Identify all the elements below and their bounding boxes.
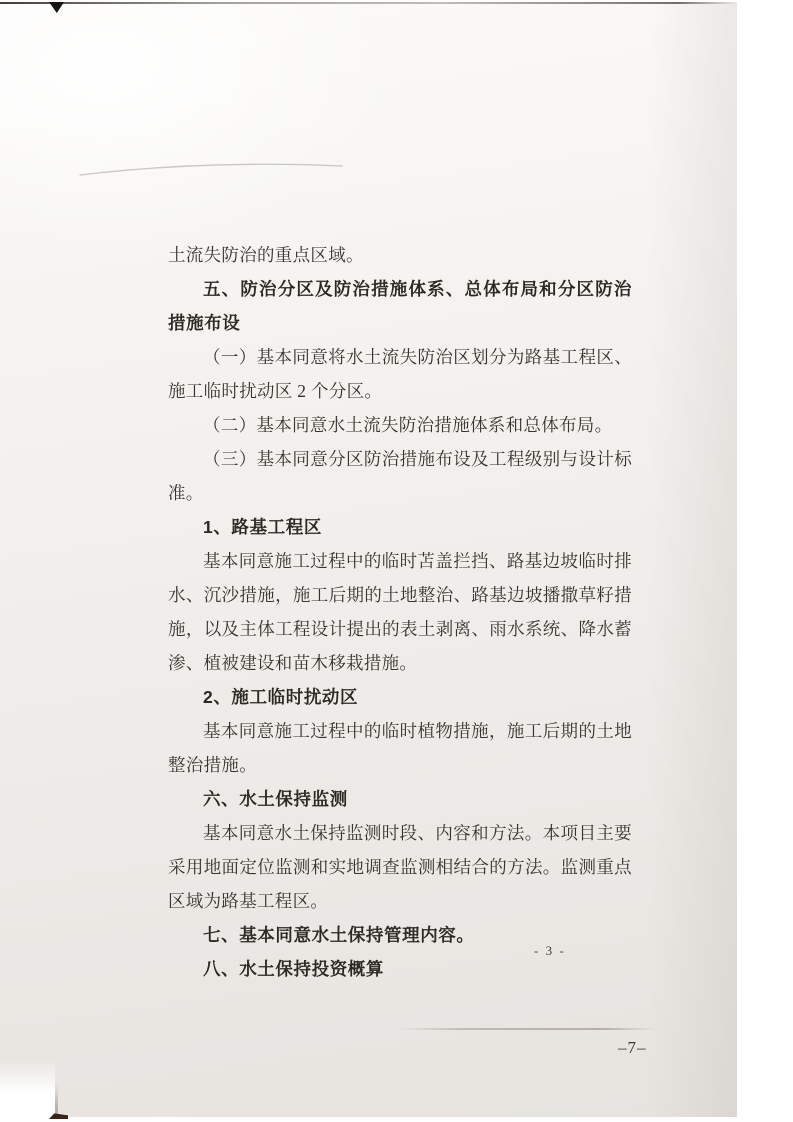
paragraph: （二）基本同意水土流失防治措施体系和总体布局。 [168,408,632,442]
paragraph: 基本同意水土保持监测时段、内容和方法。本项目主要采用地面定位监测和实地调查监测相… [168,816,632,918]
document-text: 土流失防治的重点区域。 五、防治分区及防治措施体系、总体布局和分区防治措施布设 … [168,238,632,986]
inner-sheet-bottom-edge [400,1028,656,1030]
paragraph: 基本同意施工过程中的临时苫盖拦挡、路基边坡临时排水、沉沙措施，施工后期的土地整治… [168,544,632,680]
section-heading: 六、水土保持监测 [168,782,632,816]
paper-sheet: 土流失防治的重点区域。 五、防治分区及防治措施体系、总体布局和分区防治措施布设 … [0,2,737,1117]
paragraph: 土流失防治的重点区域。 [168,238,632,272]
outer-page-number: –7– [618,1038,647,1058]
scan-corner-mark [49,2,64,13]
paragraph: （三）基本同意分区防治措施布设及工程级别与设计标准。 [168,442,632,510]
paragraph: 基本同意施工过程中的临时植物措施，施工后期的土地整治措施。 [168,714,632,782]
section-heading: 1、路基工程区 [168,510,632,544]
section-heading: 五、防治分区及防治措施体系、总体布局和分区防治措施布设 [168,272,632,340]
page-crease-line [70,154,360,186]
scan-top-edge [0,2,737,4]
paper-left-edge-highlight [0,1060,55,1119]
paragraph: （一）基本同意将水土流失防治区划分为路基工程区、施工临时扰动区 2 个分区。 [168,340,632,408]
inner-page-number: - 3 - [534,943,566,959]
section-heading: 2、施工临时扰动区 [168,680,632,714]
document-photo: 土流失防治的重点区域。 五、防治分区及防治措施体系、总体布局和分区防治措施布设 … [0,0,793,1122]
